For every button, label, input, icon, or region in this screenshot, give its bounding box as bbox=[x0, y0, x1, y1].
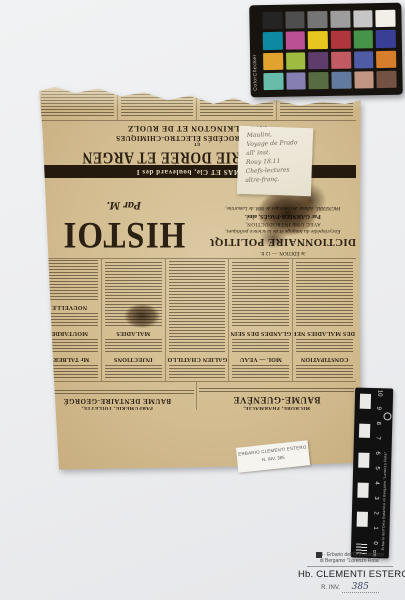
column-bodytext bbox=[294, 259, 355, 329]
scale-blocks bbox=[356, 394, 371, 542]
color-patch bbox=[309, 72, 329, 90]
stamp-inventory-row: R. INV. 385 bbox=[298, 582, 402, 592]
scale-tick-number: 2 bbox=[373, 511, 379, 514]
color-patch bbox=[354, 51, 374, 69]
scale-tick-number: 8 bbox=[375, 421, 381, 424]
ad-microbe-pharmacie: MICROBE, PHARMACIE, bbox=[198, 405, 357, 410]
ad-parfumerie-toilette: PARFUMERIE, TOILETTE, bbox=[38, 405, 197, 410]
color-patch bbox=[286, 52, 306, 70]
scale-tick-number: 10 bbox=[376, 390, 382, 397]
column-bodytext bbox=[167, 259, 228, 355]
color-patch bbox=[286, 72, 306, 90]
archival-photo: MICROBE, PHARMACIE, BAUME-GUENÈVE PARFUM… bbox=[0, 0, 405, 600]
column-bodytext bbox=[39, 363, 100, 381]
text-column bbox=[118, 88, 198, 120]
classified-column: GALIEN CHATILLON, bbox=[166, 259, 230, 381]
colorchecker-grid bbox=[262, 10, 396, 90]
column-bodytext bbox=[39, 311, 100, 329]
stamp-divider bbox=[307, 566, 393, 567]
colorchecker-brand-label: ColorChecker bbox=[252, 55, 259, 92]
text-column bbox=[38, 88, 118, 120]
masthead-publisher: PAGNERRE, éditeur des ouvrages de MM. de… bbox=[210, 205, 356, 210]
scale-cm-block bbox=[359, 423, 370, 438]
masthead-big-author: Par M. bbox=[38, 198, 210, 213]
scale-cm-block bbox=[356, 527, 367, 542]
classified-header: GALIEN CHATILLON, bbox=[167, 356, 228, 362]
column-bodytext bbox=[103, 337, 164, 355]
classified-header: DES MALADIES NERVEUSES bbox=[294, 330, 355, 336]
stamp-inventory-label: R. INV. bbox=[321, 585, 340, 591]
scale-tick-number: 3 bbox=[373, 496, 379, 499]
column-bodytext bbox=[230, 259, 291, 329]
scale-tick-number: 0 bbox=[372, 541, 378, 544]
handwritten-note: Maulini, Voyage de Prado all' inst. Rouy… bbox=[237, 126, 313, 197]
color-patch bbox=[263, 52, 283, 70]
color-patch bbox=[263, 73, 283, 91]
scale-cm-block bbox=[357, 497, 368, 512]
classified-header: INJECTIONS bbox=[103, 356, 164, 362]
scale-cm-block bbox=[358, 468, 369, 483]
scale-tick-number: 6 bbox=[374, 451, 380, 454]
cm-scale-bar: 012345678910 cm Erbario dell'Orto Botani… bbox=[351, 388, 393, 559]
scale-cm-block bbox=[359, 438, 370, 453]
scale-cm-block bbox=[357, 512, 368, 527]
color-patch bbox=[353, 30, 373, 48]
color-patch bbox=[285, 32, 305, 50]
classified-header: MALADIES bbox=[103, 330, 164, 336]
color-patch bbox=[263, 32, 283, 50]
classified-column: INJECTIONSMALADIES bbox=[102, 259, 166, 381]
masthead-subtitle: Encyclopédie du langage et de la science… bbox=[210, 228, 356, 234]
color-patch bbox=[353, 10, 373, 28]
classified-header: MOL — VEAU bbox=[230, 356, 291, 362]
column-bodytext bbox=[230, 363, 291, 381]
scale-tick-number: 1 bbox=[373, 526, 379, 529]
scale-cm-block bbox=[357, 482, 368, 497]
column-bodytext bbox=[39, 259, 100, 303]
color-patch bbox=[377, 71, 397, 89]
ad-bodytext bbox=[198, 385, 357, 395]
scale-tick-number: 7 bbox=[375, 436, 381, 439]
newspaper-classified-columns: CONSTIPATIONDES MALADIES NERVEUSESMOL — … bbox=[38, 259, 356, 381]
column-bodytext bbox=[103, 259, 164, 329]
column-bodytext bbox=[39, 88, 116, 119]
classified-header: CONSTIPATION bbox=[294, 356, 355, 362]
scale-cm-block bbox=[359, 408, 370, 423]
classified-header: Mr TALBERT bbox=[39, 356, 100, 362]
color-patch bbox=[376, 30, 396, 48]
color-patch bbox=[285, 11, 305, 29]
color-patch bbox=[308, 51, 328, 69]
colorchecker-card: ColorChecker bbox=[249, 3, 403, 98]
masthead-author: Par GARNIER-PAGÈS, aîné. bbox=[210, 213, 356, 219]
scale-cm-block bbox=[360, 394, 371, 409]
herbarium-stamp: BIB· Erbario dell'Orto Botanico di Berga… bbox=[298, 552, 402, 598]
column-bodytext bbox=[167, 363, 228, 381]
newspaper-ads-row: MICROBE, PHARMACIE, BAUME-GUENÈVE PARFUM… bbox=[38, 381, 356, 410]
masthead-big-title: HISTOI bbox=[38, 213, 210, 254]
classified-column: MOL — VEAUGLANDES DES SEINS, bbox=[229, 259, 293, 381]
scale-tick-number: 9 bbox=[376, 406, 382, 409]
column-bodytext bbox=[294, 363, 355, 381]
column-bodytext bbox=[230, 337, 291, 355]
column-bodytext bbox=[119, 88, 196, 119]
classified-header: MOUTARDE bbox=[39, 330, 100, 336]
classified-header: NOUVELLE bbox=[39, 304, 100, 310]
column-bodytext bbox=[39, 337, 100, 355]
scale-tick-number: 4 bbox=[374, 481, 380, 484]
color-patch bbox=[331, 71, 351, 89]
ad-bodytext bbox=[38, 387, 197, 397]
masthead-intro: AVEC UNE INTRODUCTION, bbox=[210, 221, 356, 226]
masthead-title: DICTIONNAIRE POLITIQUE bbox=[210, 236, 356, 248]
color-patch bbox=[330, 11, 350, 29]
column-bodytext bbox=[103, 363, 164, 381]
color-patch bbox=[262, 12, 282, 30]
color-patch bbox=[331, 31, 351, 49]
stamp-inventory-number: 385 bbox=[342, 582, 379, 593]
classified-column: Mr TALBERTMOUTARDENOUVELLE bbox=[38, 259, 102, 381]
ad-baume-guenve: MICROBE, PHARMACIE, BAUME-GUENÈVE bbox=[198, 382, 357, 410]
color-patch bbox=[376, 50, 396, 68]
color-patch bbox=[354, 71, 374, 89]
handwriting-line: altre-franç. bbox=[245, 174, 307, 185]
color-patch bbox=[308, 11, 328, 29]
masthead-edition: 3e ÉDITION. — 12 fr. bbox=[210, 250, 356, 255]
color-patch bbox=[331, 51, 351, 69]
color-patch bbox=[376, 10, 396, 28]
column-bodytext bbox=[294, 337, 355, 355]
scale-tick-number: 5 bbox=[374, 466, 380, 469]
classified-header: GLANDES DES SEINS, bbox=[230, 330, 291, 336]
classified-column: CONSTIPATIONDES MALADIES NERVEUSES bbox=[293, 259, 356, 381]
color-patch bbox=[308, 31, 328, 49]
scale-cm-block bbox=[358, 453, 369, 468]
masthead-histoire-block: HISTOI Par M. bbox=[38, 178, 210, 258]
stamp-org-line2: di Bergamo "Lorenzo Rota" bbox=[298, 558, 402, 564]
stamp-herbarium-name: Hb. CLEMENTI ESTERO bbox=[298, 569, 402, 580]
ad-baume-dentaire: PARFUMERIE, TOILETTE, BAUME DENTAIRE-GEO… bbox=[38, 382, 198, 410]
